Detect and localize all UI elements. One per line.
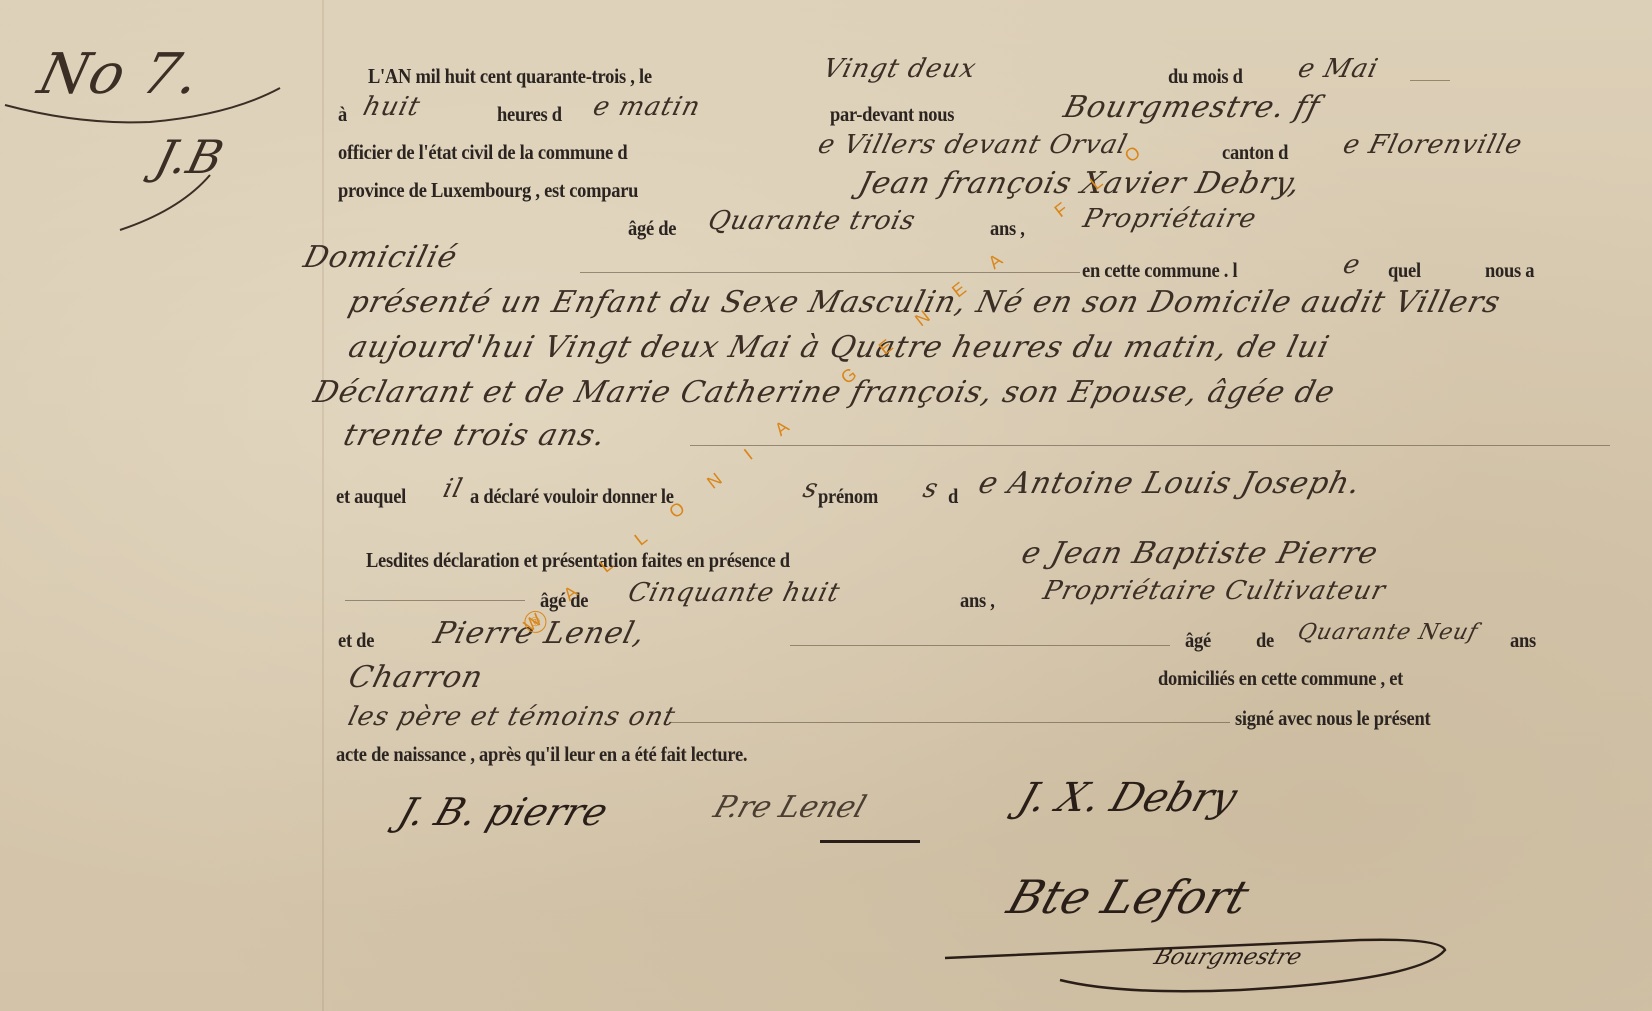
printed-province: province de Luxembourg , est comparu [338,178,638,203]
hand-officer: Bourgmestre. ff [1060,90,1324,125]
hand-witness1-age: Cinquante huit [625,578,843,608]
printed-et-de: et de [338,628,374,653]
hand-il: il [440,474,466,504]
printed-a: à [338,102,347,127]
printed-canton-label: canton d [1222,140,1288,165]
dash-line [690,445,1610,446]
printed-age-label: âgé de [628,216,676,241]
printed-d: d [948,484,958,509]
hand-le: e [1340,250,1364,280]
printed-years-label-2: ans , [960,588,995,613]
hand-declarant-occupation: Propriétaire [1080,204,1260,234]
hand-witness1: e Jean Baptiste Pierre [1018,536,1382,571]
printed-witness-intro: Lesdites déclaration et présentation fai… [366,548,790,573]
dash-line [790,645,1170,646]
hand-commune: e Villers devant Orval [815,130,1131,160]
hand-domicile: Domicilié [300,240,461,275]
printed-month-label: du mois d [1168,64,1243,89]
hand-day: Vingt deux [820,54,980,84]
printed-declared-name: a déclaré vouloir donner le [470,484,674,509]
margin-flourish [0,80,300,140]
hand-body-line-4: trente trois ans. [340,418,610,453]
hand-period: e matin [590,92,704,122]
civil-birth-record-page: No 7. J.B L'AN mil huit cent quarante-tr… [0,0,1652,1011]
hand-witness2-occupation: Charron [345,660,487,695]
dash-line [1410,80,1450,81]
printed-ans: ans [1510,628,1536,653]
signature-title-bourgmestre: Bourgmestre [1151,945,1305,970]
hand-declarant-age: Quarante trois [705,206,919,236]
printed-et-auquel: et auquel [336,484,406,509]
printed-year-line: L'AN mil huit cent quarante-trois , le [368,64,652,89]
dash-line [670,722,1230,723]
signature-pierre: J. B. pierre [393,790,614,834]
printed-quel: quel [1388,258,1421,283]
printed-domiciled: domiciliés en cette commune , et [1158,666,1403,691]
printed-before-us: par-devant nous [830,102,954,127]
signature-debry: J. X. Debry [1013,775,1243,821]
hand-month: e Mai [1295,54,1382,84]
hand-child-names: e Antoine Louis Joseph. [975,466,1364,501]
signature-lenel: P.re Lenel [709,790,870,825]
hand-hour: huit [360,92,424,122]
printed-de: de [1256,628,1274,653]
hand-canton: e Florenville [1340,130,1526,160]
margin-flourish-2 [110,170,230,240]
printed-in-commune: en cette commune . l [1082,258,1237,283]
hand-signed-line: les père et témoins ont [345,702,679,732]
printed-closing: acte de naissance , après qu'il leur en … [336,742,747,767]
hand-witness2-age: Quarante Neuf [1295,620,1481,645]
hand-body-line-2: aujourd'hui Vingt deux Mai à Quatre heur… [345,330,1333,365]
hand-witness1-occupation: Propriétaire Cultivateur [1040,576,1389,606]
page-fold-line [322,0,324,1011]
signature-lefort: Bte Lefort [1001,870,1256,924]
signature-underline [820,840,920,843]
printed-prenom: prénom [818,484,878,509]
printed-age-label-3: âgé [1185,628,1211,653]
dash-line [345,600,525,601]
printed-signed: signé avec nous le présent [1235,706,1430,731]
printed-nous-a: nous a [1485,258,1534,283]
printed-hours-label: heures d [497,102,562,127]
hand-plural-s2: s [920,474,942,504]
printed-officer-commune: officier de l'état civil de la commune d [338,140,627,165]
dash-line [580,272,1080,273]
